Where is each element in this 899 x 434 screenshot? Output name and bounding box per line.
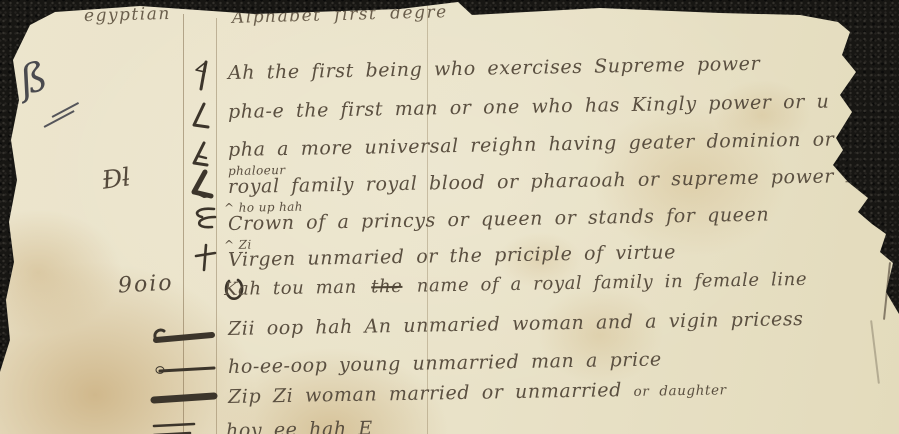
entry-line-7-before: Kah tou man (224, 277, 357, 300)
hieratic-dash-hook-icon (148, 320, 220, 350)
entry-line-6: Virgen unmaried or the priciple of virtu… (228, 241, 676, 271)
entry-line-2: pha-e the first man or one who has Kingl… (228, 91, 830, 123)
entry-line-10: Zip Zi woman married or unmarried or dau… (228, 377, 727, 408)
entry-line-1: Ah the first being who exercises Supreme… (228, 53, 761, 84)
entry-line-10-tail: or daughter (633, 382, 726, 400)
hieratic-angle-stroke-tick-icon (184, 139, 218, 173)
entry-line-9: ho-ee-oop young unmarried man a price (228, 348, 662, 378)
hieratic-flag-stroke-icon (186, 58, 220, 94)
paper-sheet: egyptian Alphabet first degre ß Ɖƚ 9oio (0, 0, 899, 434)
entry-line-5: Crown of a princys or queen or stands fo… (228, 204, 770, 235)
margin-glyph-row4: Ɖƚ (100, 162, 132, 195)
pencil-letter-mark: ß (15, 53, 52, 104)
margin-number-row7: 9oio (117, 271, 174, 299)
entry-line-3: pha a more universal reighn having geate… (228, 127, 888, 161)
entry-line-4: royal family royal blood or pharaoah or … (228, 164, 893, 198)
entry-line-7: Kah tou man the name of a royal family i… (224, 269, 807, 300)
hieratic-dash-dot-icon (150, 356, 220, 382)
entry-line-7-after: name of a royal family in female line (417, 269, 808, 297)
entry-line-7-struck-word: the (368, 276, 406, 298)
hieratic-open-curve-icon (188, 202, 222, 236)
entry-line-11: hoy ee hah E (226, 417, 373, 434)
page-title-left: egyptian (84, 4, 171, 26)
manuscript-photo: egyptian Alphabet first degre ß Ɖƚ 9oio (0, 0, 899, 434)
paper-crease-crack (883, 262, 891, 320)
hieratic-angle-stroke-icon (184, 100, 218, 134)
paper-crease-crack (870, 320, 880, 384)
hieratic-cross-stroke-icon (188, 241, 222, 275)
entry-line-8: Zii oop hah An unmaried woman and a vigi… (228, 308, 804, 340)
hieratic-bold-dash-icon (148, 384, 220, 410)
page-title-right: Alphabet first degre (232, 2, 448, 28)
hieratic-double-dash-icon (146, 418, 206, 434)
hieratic-bold-angle-icon (184, 169, 220, 203)
entry-line-10-main: Zip Zi woman married or unmarried (228, 379, 622, 408)
